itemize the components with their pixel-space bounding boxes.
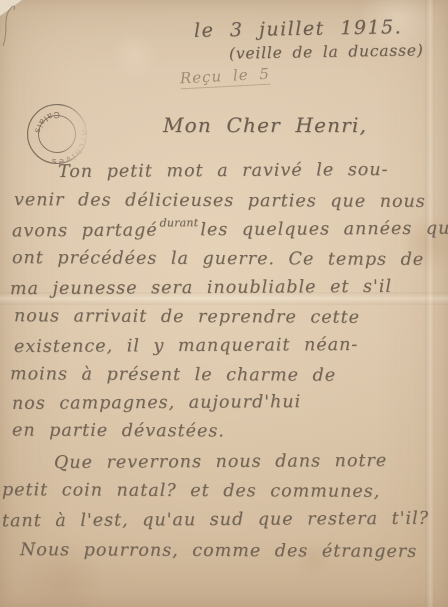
letter-line: nous arrivait de reprendre cette: [14, 306, 360, 328]
svg-text:Calais: Calais: [28, 104, 65, 140]
letter-line: ma jeunesse sera inoubliable et s'il: [10, 277, 392, 299]
letter-line: tant à l'est, qu'au sud que restera t'il…: [2, 509, 429, 532]
letter-date: le 3 juillet 1915.: [194, 16, 403, 42]
line-segment: les quelques années qui: [200, 219, 448, 241]
letter-line: venir des délicieuses parties que nous: [14, 190, 426, 212]
letter-line: existence, il y manquerait néan-: [14, 335, 358, 357]
letter-line: Nous pourrons, comme des étrangers: [20, 540, 417, 562]
letter-line: Ton petit mot a ravivé le sou-: [58, 160, 389, 182]
letter-date-note: (veille de la ducasse): [229, 41, 424, 62]
letter-line: nos campagnes, aujourd'hui: [12, 392, 301, 414]
stamp-text-calais: Calais: [28, 104, 65, 140]
letter-line: moins à présent le charme de: [10, 364, 336, 385]
line-segment: avons partagé: [12, 220, 158, 241]
letter-greeting: Mon Cher Henri,: [163, 113, 367, 137]
letter-line: Que reverrons nous dans notre: [54, 451, 387, 473]
pen-mark-icon: [0, 2, 18, 50]
letter-line: avons partagédurantles quelques années q…: [12, 219, 448, 242]
letter-line: petit coin natal? et des communes,: [2, 480, 380, 502]
inserted-word: durant: [160, 216, 199, 229]
letter-line: ont précédées la guerre. Ce temps de: [12, 248, 424, 270]
letter-line: en partie dévastées.: [12, 421, 225, 442]
